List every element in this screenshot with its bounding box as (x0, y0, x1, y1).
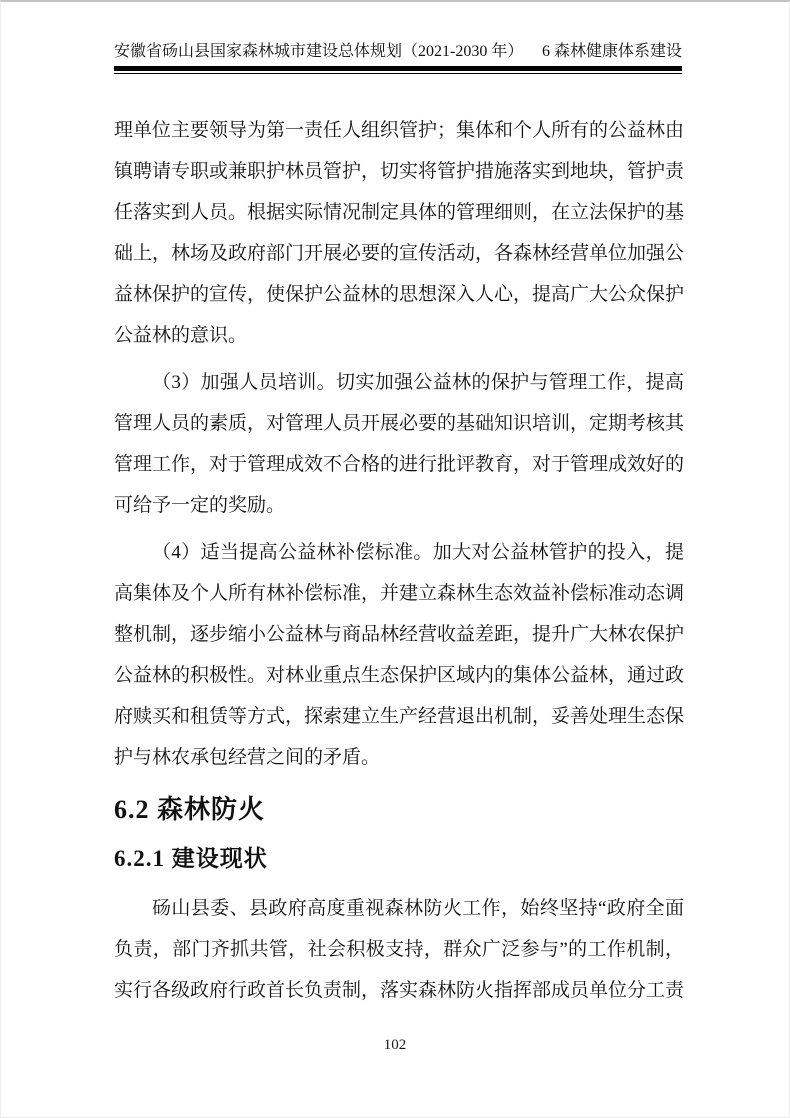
header-rule-thin-line (114, 73, 682, 75)
page-number: 102 (384, 1037, 407, 1053)
document-body: 理单位主要领导为第一责任人组织管护；集体和个人所有的公益林由镇聘请专职或兼职护林… (114, 110, 684, 1011)
paragraph-item-4: （4）适当提高公益林补偿标准。加大对公益林管护的投入，提高集体及个人所有林补偿标… (114, 532, 684, 778)
paragraph-continuation: 理单位主要领导为第一责任人组织管护；集体和个人所有的公益林由镇聘请专职或兼职护林… (114, 110, 684, 356)
page-footer: 102 (1, 1037, 789, 1054)
paragraph-item-3: （3）加强人员培训。切实加强公益林的保护与管理工作，提高管理人员的素质，对管理人… (114, 362, 684, 526)
header-rule (114, 66, 682, 74)
paragraph-fire-prevention-status: 砀山县委、县政府高度重视森林防火工作，始终坚持“政府全面负责，部门齐抓共管，社会… (114, 888, 684, 1011)
subsection-heading-6-2-1: 6.2.1 建设现状 (114, 843, 684, 875)
document-page: 安徽省砀山县国家森林城市建设总体规划（2021-2030 年） 6 森林健康体系… (0, 0, 790, 1118)
header-rule-thick-line (114, 66, 682, 71)
section-heading-6-2: 6.2 森林防火 (114, 792, 684, 828)
header-right-title: 6 森林健康体系建设 (542, 41, 682, 62)
page-header: 安徽省砀山县国家森林城市建设总体规划（2021-2030 年） 6 森林健康体系… (114, 41, 682, 62)
header-left-title: 安徽省砀山县国家森林城市建设总体规划（2021-2030 年） (114, 41, 523, 62)
